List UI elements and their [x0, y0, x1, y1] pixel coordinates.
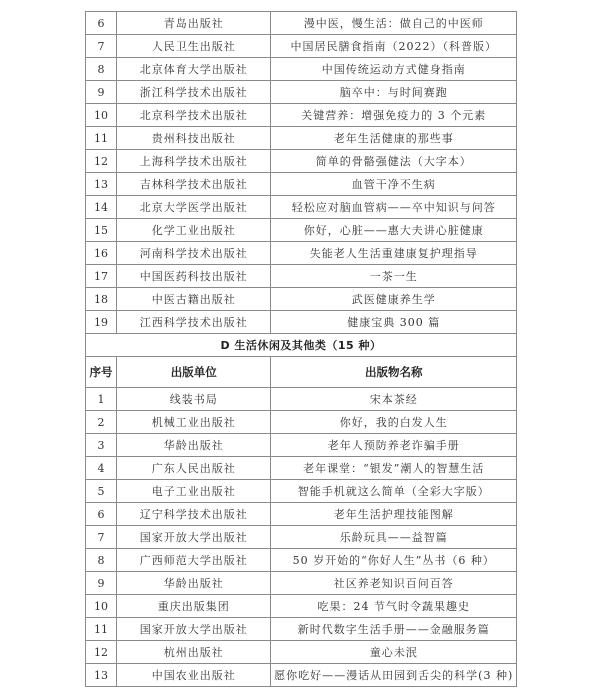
row-number: 17	[86, 265, 117, 288]
row-number: 3	[86, 434, 117, 457]
row-number: 7	[86, 35, 117, 58]
publisher-cell: 化学工业出版社	[117, 219, 271, 242]
row-number: 13	[86, 173, 117, 196]
publisher-cell: 浙江科学技术出版社	[117, 81, 271, 104]
publisher-cell: 北京科学技术出版社	[117, 104, 271, 127]
publisher-cell: 国家开放大学出版社	[117, 618, 271, 641]
row-number: 11	[86, 127, 117, 150]
title-cell: 童心未泯	[271, 641, 517, 664]
table-row: 7 人民卫生出版社 中国居民膳食指南（2022）（科普版）	[86, 35, 517, 58]
publication-list-table: 6 青岛出版社 漫中医，慢生活：做自己的中医师 7 人民卫生出版社 中国居民膳食…	[85, 11, 517, 687]
publisher-cell: 华龄出版社	[117, 434, 271, 457]
table-row: 6 辽宁科学技术出版社 老年生活护理技能图解	[86, 503, 517, 526]
row-number: 14	[86, 196, 117, 219]
row-number: 13	[86, 664, 117, 687]
publisher-cell: 广东人民出版社	[117, 457, 271, 480]
title-cell: 失能老人生活重建康复护理指导	[271, 242, 517, 265]
publisher-cell: 国家开放大学出版社	[117, 526, 271, 549]
publisher-cell: 机械工业出版社	[117, 411, 271, 434]
publisher-cell: 华龄出版社	[117, 572, 271, 595]
table-row: 12 杭州出版社 童心未泯	[86, 641, 517, 664]
row-number: 6	[86, 503, 117, 526]
table-row: 5 电子工业出版社 智能手机就这么简单（全彩大字版）	[86, 480, 517, 503]
row-number: 12	[86, 641, 117, 664]
column-header-row: 序号 出版单位 出版物名称	[86, 357, 517, 388]
publisher-cell: 河南科学技术出版社	[117, 242, 271, 265]
publisher-cell: 中医古籍出版社	[117, 288, 271, 311]
title-cell: 50 岁开始的“你好人生”丛书（6 种）	[271, 549, 517, 572]
table-row: 4 广东人民出版社 老年课堂：“银发”潮人的智慧生活	[86, 457, 517, 480]
table-row: 13 吉林科学技术出版社 血管干净不生病	[86, 173, 517, 196]
publisher-cell: 重庆出版集团	[117, 595, 271, 618]
publisher-cell: 吉林科学技术出版社	[117, 173, 271, 196]
title-cell: 漫中医，慢生活：做自己的中医师	[271, 12, 517, 35]
row-number: 19	[86, 311, 117, 334]
title-cell: 关键营养：增强免疫力的 3 个元素	[271, 104, 517, 127]
row-number: 7	[86, 526, 117, 549]
section-heading: D 生活休闲及其他类（15 种）	[86, 334, 517, 357]
row-number: 1	[86, 388, 117, 411]
title-cell: 乐龄玩具——益智篇	[271, 526, 517, 549]
title-cell: 吃果：24 节气时令蔬果趣史	[271, 595, 517, 618]
publisher-cell: 中国医药科技出版社	[117, 265, 271, 288]
title-cell: 中国居民膳食指南（2022）（科普版）	[271, 35, 517, 58]
title-cell: 血管干净不生病	[271, 173, 517, 196]
section-heading-row: D 生活休闲及其他类（15 种）	[86, 334, 517, 357]
table-row: 16 河南科学技术出版社 失能老人生活重建康复护理指导	[86, 242, 517, 265]
table-row: 8 北京体育大学出版社 中国传统运动方式健身指南	[86, 58, 517, 81]
table-row: 2 机械工业出版社 你好，我的白发人生	[86, 411, 517, 434]
title-cell: 愿你吃好——漫话从田园到舌尖的科学(3 种)	[271, 664, 517, 687]
column-header-title: 出版物名称	[271, 357, 517, 388]
publisher-cell: 青岛出版社	[117, 12, 271, 35]
publisher-cell: 辽宁科学技术出版社	[117, 503, 271, 526]
upper-section-body: 6 青岛出版社 漫中医，慢生活：做自己的中医师 7 人民卫生出版社 中国居民膳食…	[86, 12, 517, 334]
table-row: 3 华龄出版社 老年人预防养老诈骗手册	[86, 434, 517, 457]
table-row: 15 化学工业出版社 你好，心脏——惠大夫讲心脏健康	[86, 219, 517, 242]
publisher-cell: 江西科学技术出版社	[117, 311, 271, 334]
table-row: 9 华龄出版社 社区养老知识百问百答	[86, 572, 517, 595]
row-number: 11	[86, 618, 117, 641]
table-row: 10 重庆出版集团 吃果：24 节气时令蔬果趣史	[86, 595, 517, 618]
table-row: 13 中国农业出版社 愿你吃好——漫话从田园到舌尖的科学(3 种)	[86, 664, 517, 687]
table-row: 1 线装书局 宋本茶经	[86, 388, 517, 411]
title-cell: 一茶一生	[271, 265, 517, 288]
row-number: 4	[86, 457, 117, 480]
row-number: 15	[86, 219, 117, 242]
row-number: 18	[86, 288, 117, 311]
publisher-cell: 杭州出版社	[117, 641, 271, 664]
publisher-cell: 北京体育大学出版社	[117, 58, 271, 81]
title-cell: 轻松应对脑血管病——卒中知识与问答	[271, 196, 517, 219]
title-cell: 简单的骨骼强健法（大字本）	[271, 150, 517, 173]
table-row: 8 广西师范大学出版社 50 岁开始的“你好人生”丛书（6 种）	[86, 549, 517, 572]
table-row: 12 上海科学技术出版社 简单的骨骼强健法（大字本）	[86, 150, 517, 173]
column-header-publisher: 出版单位	[117, 357, 271, 388]
title-cell: 智能手机就这么简单（全彩大字版）	[271, 480, 517, 503]
publisher-cell: 广西师范大学出版社	[117, 549, 271, 572]
title-cell: 老年课堂：“银发”潮人的智慧生活	[271, 457, 517, 480]
section-d-body: D 生活休闲及其他类（15 种） 序号 出版单位 出版物名称 1 线装书局 宋本…	[86, 334, 517, 687]
title-cell: 你好，我的白发人生	[271, 411, 517, 434]
row-number: 16	[86, 242, 117, 265]
table-row: 7 国家开放大学出版社 乐龄玩具——益智篇	[86, 526, 517, 549]
title-cell: 新时代数字生活手册——金融服务篇	[271, 618, 517, 641]
publisher-cell: 贵州科技出版社	[117, 127, 271, 150]
title-cell: 老年人预防养老诈骗手册	[271, 434, 517, 457]
table-row: 18 中医古籍出版社 武医健康养生学	[86, 288, 517, 311]
publisher-cell: 人民卫生出版社	[117, 35, 271, 58]
publisher-cell: 北京大学医学出版社	[117, 196, 271, 219]
title-cell: 你好，心脏——惠大夫讲心脏健康	[271, 219, 517, 242]
table-row: 17 中国医药科技出版社 一茶一生	[86, 265, 517, 288]
row-number: 12	[86, 150, 117, 173]
title-cell: 健康宝典 300 篇	[271, 311, 517, 334]
publisher-cell: 中国农业出版社	[117, 664, 271, 687]
table-row: 9 浙江科学技术出版社 脑卒中：与时间赛跑	[86, 81, 517, 104]
row-number: 8	[86, 58, 117, 81]
table-row: 10 北京科学技术出版社 关键营养：增强免疫力的 3 个元素	[86, 104, 517, 127]
title-cell: 社区养老知识百问百答	[271, 572, 517, 595]
publisher-cell: 上海科学技术出版社	[117, 150, 271, 173]
title-cell: 脑卒中：与时间赛跑	[271, 81, 517, 104]
row-number: 5	[86, 480, 117, 503]
publisher-cell: 电子工业出版社	[117, 480, 271, 503]
title-cell: 中国传统运动方式健身指南	[271, 58, 517, 81]
row-number: 8	[86, 549, 117, 572]
table-row: 14 北京大学医学出版社 轻松应对脑血管病——卒中知识与问答	[86, 196, 517, 219]
row-number: 2	[86, 411, 117, 434]
title-cell: 宋本茶经	[271, 388, 517, 411]
title-cell: 老年生活健康的那些事	[271, 127, 517, 150]
row-number: 9	[86, 81, 117, 104]
title-cell: 老年生活护理技能图解	[271, 503, 517, 526]
row-number: 9	[86, 572, 117, 595]
row-number: 6	[86, 12, 117, 35]
column-header-number: 序号	[86, 357, 117, 388]
title-cell: 武医健康养生学	[271, 288, 517, 311]
publisher-cell: 线装书局	[117, 388, 271, 411]
table-row: 11 国家开放大学出版社 新时代数字生活手册——金融服务篇	[86, 618, 517, 641]
table-row: 11 贵州科技出版社 老年生活健康的那些事	[86, 127, 517, 150]
table-row: 19 江西科学技术出版社 健康宝典 300 篇	[86, 311, 517, 334]
table-row: 6 青岛出版社 漫中医，慢生活：做自己的中医师	[86, 12, 517, 35]
row-number: 10	[86, 104, 117, 127]
row-number: 10	[86, 595, 117, 618]
